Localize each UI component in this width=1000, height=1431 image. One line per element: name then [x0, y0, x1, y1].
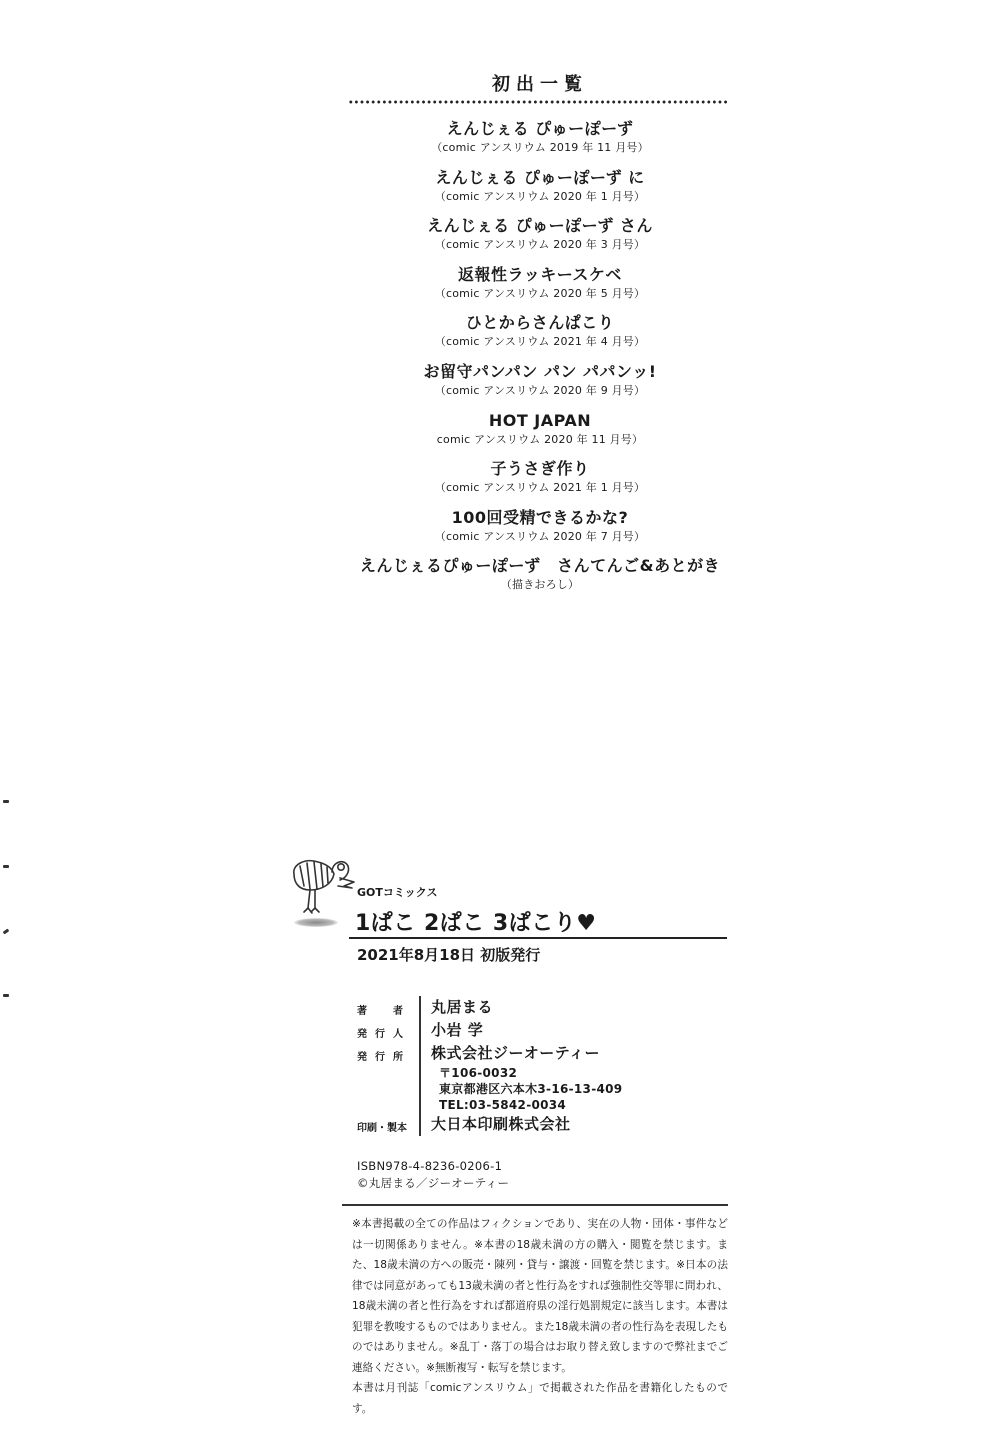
toc-item-source: （comic アンスリウム 2020 年 9 月号） [330, 383, 750, 399]
bird-logo-icon [288, 852, 358, 924]
disclaimer-text: ※本書掲載の全ての作品はフィクションであり、実在の人物・団体・事件などは一切関係… [352, 1214, 728, 1378]
credit-divider [419, 1019, 421, 1042]
toc-item-title: えんじぇるぴゅーぽーず さんてんご&あとがき [330, 555, 750, 577]
toc-item: 返報性ラッキースケベ （comic アンスリウム 2020 年 5 月号） [330, 264, 750, 313]
credit-label: 印刷・製本 [357, 1113, 419, 1134]
toc-item-title: えんじぇる ぴゅーぽーず [330, 118, 750, 140]
margin-mark [3, 994, 9, 997]
margin-mark [3, 800, 9, 803]
toc-item: えんじぇる ぴゅーぽーず に （comic アンスリウム 2020 年 1 月号… [330, 167, 750, 216]
credit-value: 小岩 学 [431, 1019, 483, 1042]
credit-value: 大日本印刷株式会社 [431, 1113, 571, 1136]
disclaimer-block: ※本書掲載の全ての作品はフィクションであり、実在の人物・団体・事件などは一切関係… [352, 1214, 728, 1419]
credit-value: 株式会社ジーオーティー [431, 1042, 622, 1065]
book-title: 1ぱこ 2ぱこ 3ぱこり♥ [355, 906, 596, 937]
credit-divider [419, 996, 421, 1019]
title-rule [349, 937, 727, 939]
toc-item: HOT JAPAN comic アンスリウム 2020 年 11 月号） [330, 410, 750, 459]
margin-mark [3, 865, 9, 868]
toc-item-title: ひとからさんぱこり [330, 312, 750, 334]
credit-row-publisher-person: 発行人 小岩 学 [357, 1019, 737, 1042]
credit-divider [419, 1113, 421, 1136]
credit-label: 著 者 [357, 996, 419, 1017]
toc-item-title: お留守パンパン パン パパンッ! [330, 361, 750, 383]
toc-item-source: （comic アンスリウム 2020 年 1 月号） [330, 189, 750, 205]
toc-item: えんじぇる ぴゅーぽーず （comic アンスリウム 2019 年 11 月号） [330, 118, 750, 167]
publication-note: 本書は月刊誌「comicアンスリウム」で掲載された作品を書籍化したものです。 [352, 1378, 728, 1419]
toc-list: えんじぇる ぴゅーぽーず （comic アンスリウム 2019 年 11 月号）… [330, 118, 750, 604]
toc-heading: 初出一覧 [340, 70, 740, 96]
credit-value: 丸居まる [431, 996, 493, 1019]
toc-item-source: （comic アンスリウム 2020 年 3 月号） [330, 237, 750, 253]
disclaimer-rule [342, 1204, 728, 1206]
credit-row-printer: 印刷・製本 大日本印刷株式会社 [357, 1113, 737, 1136]
publication-date: 2021年8月18日 初版発行 [357, 944, 540, 965]
telephone: TEL:03-5842-0034 [431, 1097, 622, 1113]
copyright: ©丸居まる／ジーオーティー [357, 1175, 509, 1192]
toc-item: えんじぇるぴゅーぽーず さんてんご&あとがき （描きおろし） [330, 555, 750, 604]
toc-item: 子うさぎ作り （comic アンスリウム 2021 年 1 月号） [330, 458, 750, 507]
toc-item-source: （comic アンスリウム 2020 年 5 月号） [330, 286, 750, 302]
credit-divider [419, 1042, 421, 1113]
postal-code: 〒106-0032 [431, 1065, 622, 1081]
street-address: 東京都港区六本木3-16-13-409 [431, 1081, 622, 1097]
credit-label: 発行人 [357, 1019, 419, 1040]
toc-item-source: （描きおろし） [330, 577, 750, 593]
toc-item-source: comic アンスリウム 2020 年 11 月号） [330, 432, 750, 448]
credit-row-author: 著 者 丸居まる [357, 996, 737, 1019]
toc-item-title: 返報性ラッキースケベ [330, 264, 750, 286]
dotted-divider [348, 100, 728, 104]
toc-item-source: （comic アンスリウム 2021 年 1 月号） [330, 480, 750, 496]
credit-row-publisher: 発行所 株式会社ジーオーティー 〒106-0032 東京都港区六本木3-16-1… [357, 1042, 737, 1113]
toc-item-source: （comic アンスリウム 2020 年 7 月号） [330, 529, 750, 545]
imprint-label: GOTコミックス [357, 884, 438, 900]
toc-item-title: 100回受精できるかな? [330, 507, 750, 529]
credits-table: 著 者 丸居まる 発行人 小岩 学 発行所 株式会社ジーオーティー 〒106-0… [357, 996, 737, 1136]
margin-mark [3, 929, 10, 935]
isbn: ISBN978-4-8236-0206-1 [357, 1158, 509, 1175]
toc-item: ひとからさんぱこり （comic アンスリウム 2021 年 4 月号） [330, 312, 750, 361]
isbn-block: ISBN978-4-8236-0206-1 ©丸居まる／ジーオーティー [357, 1158, 509, 1192]
toc-item-source: （comic アンスリウム 2019 年 11 月号） [330, 140, 750, 156]
toc-item-title: えんじぇる ぴゅーぽーず さん [330, 215, 750, 237]
toc-item-title: HOT JAPAN [330, 410, 750, 432]
logo-shadow [294, 918, 338, 927]
toc-item: お留守パンパン パン パパンッ! （comic アンスリウム 2020 年 9 … [330, 361, 750, 410]
toc-item: 100回受精できるかな? （comic アンスリウム 2020 年 7 月号） [330, 507, 750, 556]
toc-item: えんじぇる ぴゅーぽーず さん （comic アンスリウム 2020 年 3 月… [330, 215, 750, 264]
toc-item-source: （comic アンスリウム 2021 年 4 月号） [330, 334, 750, 350]
toc-item-title: えんじぇる ぴゅーぽーず に [330, 167, 750, 189]
toc-item-title: 子うさぎ作り [330, 458, 750, 480]
credit-label: 発行所 [357, 1042, 419, 1063]
